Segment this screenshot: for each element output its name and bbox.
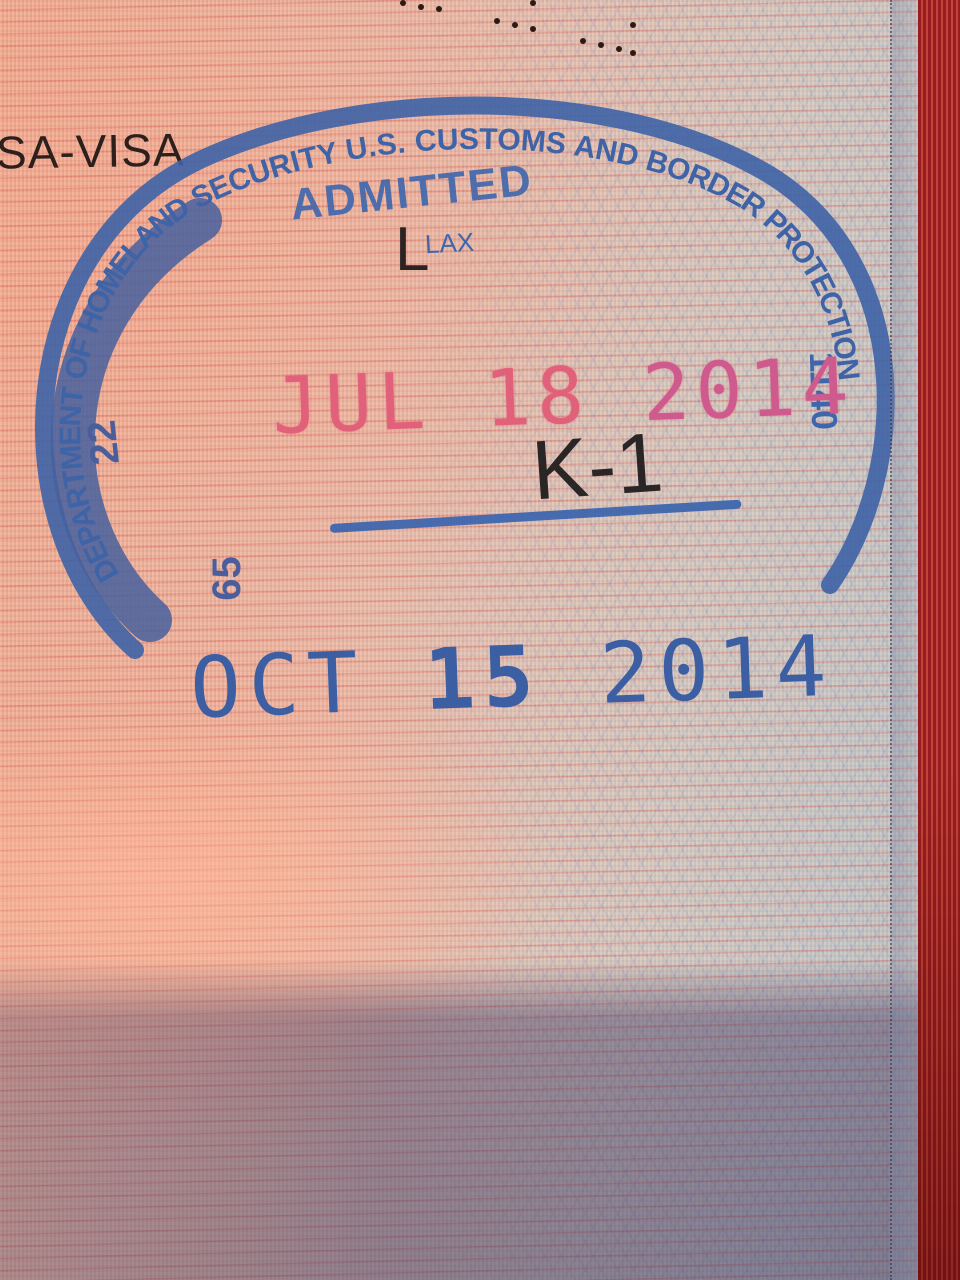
until-year: 2014: [598, 617, 836, 723]
port-code: LAX: [424, 227, 475, 261]
hand-shadow: [0, 960, 960, 1280]
stamp-number-bottom: 65: [205, 556, 250, 601]
until-month: OCT: [188, 633, 367, 737]
admission-year: 2014: [641, 342, 856, 439]
stamp-number-left: 22: [80, 418, 129, 467]
passport-page: SA-VISA DEPARTMENT OF HOMELAND SECURITY …: [0, 0, 960, 1280]
port-code-text: LAX: [424, 227, 475, 260]
until-day: 15: [423, 627, 544, 729]
class-of-admission: K-1: [529, 414, 666, 520]
passport-cover-edge: [918, 0, 960, 1280]
admission-month: JUL: [271, 357, 433, 452]
